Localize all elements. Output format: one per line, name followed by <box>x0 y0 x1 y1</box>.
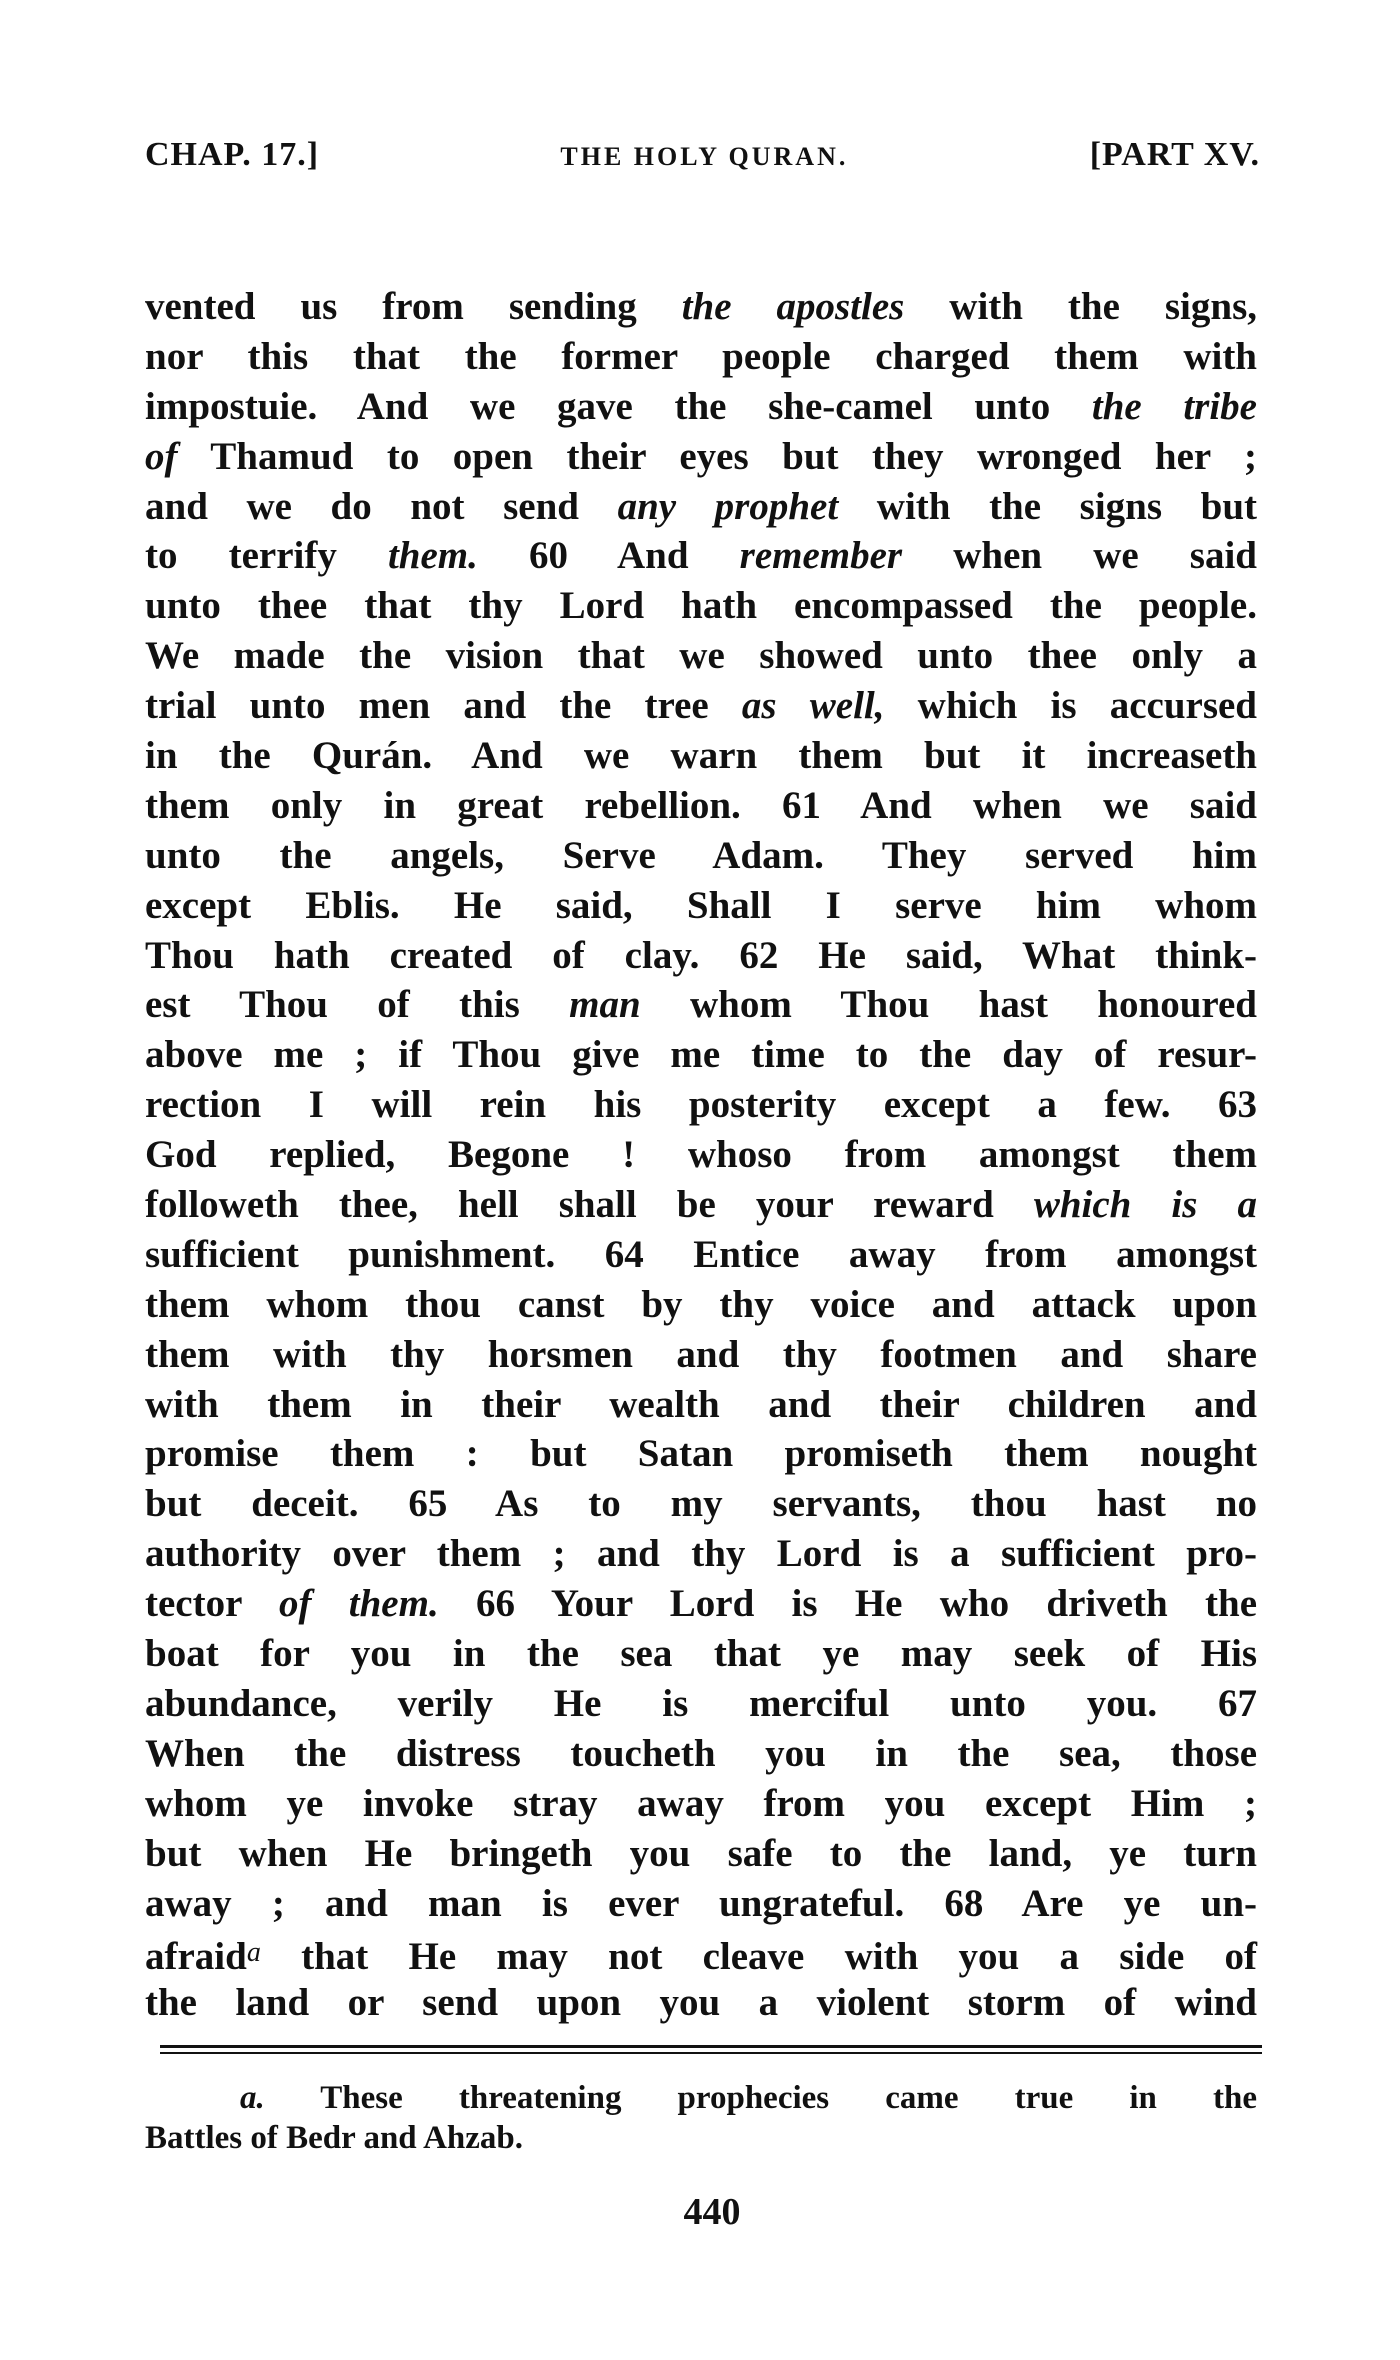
text-segment: abundance, verily He is merciful unto yo… <box>145 1682 1257 1725</box>
text-line: the land or send upon you a violent stor… <box>145 1978 1257 2028</box>
text-segment: them only in great rebellion. 61 And whe… <box>145 784 1257 827</box>
text-segment: except Eblis. He said, Shall I serve him… <box>145 884 1257 927</box>
italic-text: the apostles <box>682 285 905 328</box>
text-line: them with thy horsmen and thy footmen an… <box>145 1330 1257 1380</box>
text-segment: vented us from sending <box>145 285 682 328</box>
text-segment: sufficient punishment. 64 Entice away fr… <box>145 1233 1257 1276</box>
text-line: When the distress toucheth you in the se… <box>145 1729 1257 1779</box>
body-text: vented us from sending the apostles with… <box>145 282 1257 2028</box>
text-segment: trial unto men and the tree <box>145 684 742 727</box>
text-segment: We made the vision that we showed unto t… <box>145 634 1257 677</box>
text-line: Thou hath created of clay. 62 He said, W… <box>145 931 1257 981</box>
text-segment: with the signs but <box>838 485 1257 528</box>
italic-text: the tribe <box>1092 385 1257 428</box>
text-line: and we do not send any prophet with the … <box>145 482 1257 532</box>
text-segment: Thou hath created of clay. 62 He said, W… <box>145 934 1257 977</box>
italic-text: them. <box>388 534 478 577</box>
text-line: sufficient punishment. 64 Entice away fr… <box>145 1230 1257 1280</box>
italic-text: man <box>569 983 641 1026</box>
text-segment: 66 Your Lord is He who driveth the <box>439 1582 1257 1625</box>
text-segment: unto thee that thy Lord hath encompassed… <box>145 584 1257 627</box>
italic-text: as well, <box>742 684 885 727</box>
footnote-reference: a <box>247 1937 261 1968</box>
text-line: them only in great rebellion. 61 And whe… <box>145 781 1257 831</box>
text-segment: promise them : but Satan promiseth them … <box>145 1432 1257 1475</box>
text-segment: 60 And <box>478 534 740 577</box>
text-line: whom ye invoke stray away from you excep… <box>145 1779 1257 1829</box>
text-line: except Eblis. He said, Shall I serve him… <box>145 881 1257 931</box>
chapter-label: CHAP. 17.] <box>145 136 319 174</box>
text-line: vented us from sending the apostles with… <box>145 282 1257 332</box>
text-segment: which is accursed <box>885 684 1258 727</box>
book-title: THE HOLY QURAN. <box>560 142 848 172</box>
italic-text: of them. <box>279 1582 439 1625</box>
footnote-rule-top <box>160 2045 1262 2048</box>
text-line: above me ; if Thou give me time to the d… <box>145 1030 1257 1080</box>
footnote-rule-bottom <box>160 2052 1262 2054</box>
text-line: tector of them. 66 Your Lord is He who d… <box>145 1579 1257 1629</box>
text-segment: God replied, Begone ! whoso from amongst… <box>145 1133 1257 1176</box>
page-number: 440 <box>684 2191 741 2233</box>
text-segment: boat for you in the sea that ye may seek… <box>145 1632 1257 1675</box>
text-segment: nor this that the former people charged … <box>145 335 1257 378</box>
text-segment: Thamud to open their eyes but they wrong… <box>178 435 1258 478</box>
text-segment: whom ye invoke stray away from you excep… <box>145 1782 1257 1825</box>
text-line: trial unto men and the tree as well, whi… <box>145 681 1257 731</box>
text-segment: and we do not send <box>145 485 618 528</box>
text-line: promise them : but Satan promiseth them … <box>145 1429 1257 1479</box>
text-segment: above me ; if Thou give me time to the d… <box>145 1033 1257 1076</box>
running-head: CHAP. 17.] THE HOLY QURAN. [PART XV. <box>145 136 1260 180</box>
text-segment: but deceit. 65 As to my servants, thou h… <box>145 1482 1257 1525</box>
footnote: a. These threatening prophecies came tru… <box>145 2078 1257 2158</box>
text-line: them whom thou canst by thy voice and at… <box>145 1280 1257 1330</box>
text-segment: followeth thee, hell shall be your rewar… <box>145 1183 1034 1226</box>
part-label: [PART XV. <box>1090 136 1260 174</box>
text-line: boat for you in the sea that ye may seek… <box>145 1629 1257 1679</box>
text-segment: in the Qurán. And we warn them but it in… <box>145 734 1257 777</box>
text-segment: that He may not cleave with you a side o… <box>261 1935 1257 1978</box>
text-segment: whom Thou hast honoured <box>641 983 1257 1026</box>
text-segment: the land or send upon you a violent stor… <box>145 1981 1257 2024</box>
footnote-line-1: a. These threatening prophecies came tru… <box>145 2078 1257 2118</box>
text-line: but deceit. 65 As to my servants, thou h… <box>145 1479 1257 1529</box>
text-line: of Thamud to open their eyes but they wr… <box>145 432 1257 482</box>
italic-text: any prophet <box>618 485 839 528</box>
text-line: authority over them ; and thy Lord is a … <box>145 1529 1257 1579</box>
footnote-text-1: These threatening prophecies came true i… <box>320 2080 1257 2116</box>
text-line: unto the angels, Serve Adam. They served… <box>145 831 1257 881</box>
text-line: God replied, Begone ! whoso from amongst… <box>145 1130 1257 1180</box>
text-segment: away ; and man is ever ungrateful. 68 Ar… <box>145 1882 1257 1925</box>
text-segment: to terrify <box>145 534 388 577</box>
text-line: in the Qurán. And we warn them but it in… <box>145 731 1257 781</box>
text-segment: afraid <box>145 1935 247 1978</box>
text-segment: them whom thou canst by thy voice and at… <box>145 1283 1257 1326</box>
page-number-container: 440 <box>0 2190 1400 2234</box>
text-line: followeth thee, hell shall be your rewar… <box>145 1180 1257 1230</box>
text-line: abundance, verily He is merciful unto yo… <box>145 1679 1257 1729</box>
book-page: CHAP. 17.] THE HOLY QURAN. [PART XV. ven… <box>0 0 1400 2360</box>
text-segment: when we said <box>902 534 1257 577</box>
text-line: est Thou of this man whom Thou hast hono… <box>145 980 1257 1030</box>
text-segment: tector <box>145 1582 279 1625</box>
text-segment: authority over them ; and thy Lord is a … <box>145 1532 1257 1575</box>
text-segment: but when He bringeth you safe to the lan… <box>145 1832 1257 1875</box>
italic-text: which is a <box>1034 1183 1257 1226</box>
text-segment: them with thy horsmen and thy footmen an… <box>145 1333 1257 1376</box>
text-segment: with the signs, <box>904 285 1257 328</box>
text-line: unto thee that thy Lord hath encompassed… <box>145 581 1257 631</box>
text-segment: est Thou of this <box>145 983 569 1026</box>
italic-text: of <box>145 435 178 478</box>
text-line: nor this that the former people charged … <box>145 332 1257 382</box>
footnote-line-2: Battles of Bedr and Ahzab. <box>145 2118 1257 2158</box>
text-line: impostuie. And we gave the she-camel unt… <box>145 382 1257 432</box>
text-segment: with them in their wealth and their chil… <box>145 1383 1257 1426</box>
text-segment: rection I will rein his posterity except… <box>145 1083 1257 1126</box>
text-segment: When the distress toucheth you in the se… <box>145 1732 1257 1775</box>
text-line: with them in their wealth and their chil… <box>145 1380 1257 1430</box>
text-line: away ; and man is ever ungrateful. 68 Ar… <box>145 1879 1257 1929</box>
text-line: rection I will rein his posterity except… <box>145 1080 1257 1130</box>
text-segment: unto the angels, Serve Adam. They served… <box>145 834 1257 877</box>
text-line: We made the vision that we showed unto t… <box>145 631 1257 681</box>
text-line: but when He bringeth you safe to the lan… <box>145 1829 1257 1879</box>
text-segment: impostuie. And we gave the she-camel unt… <box>145 385 1092 428</box>
italic-text: remember <box>740 534 902 577</box>
text-line: afraida that He may not cleave with you … <box>145 1928 1257 1978</box>
footnote-marker: a. <box>240 2080 265 2116</box>
text-line: to terrify them. 60 And remember when we… <box>145 531 1257 581</box>
